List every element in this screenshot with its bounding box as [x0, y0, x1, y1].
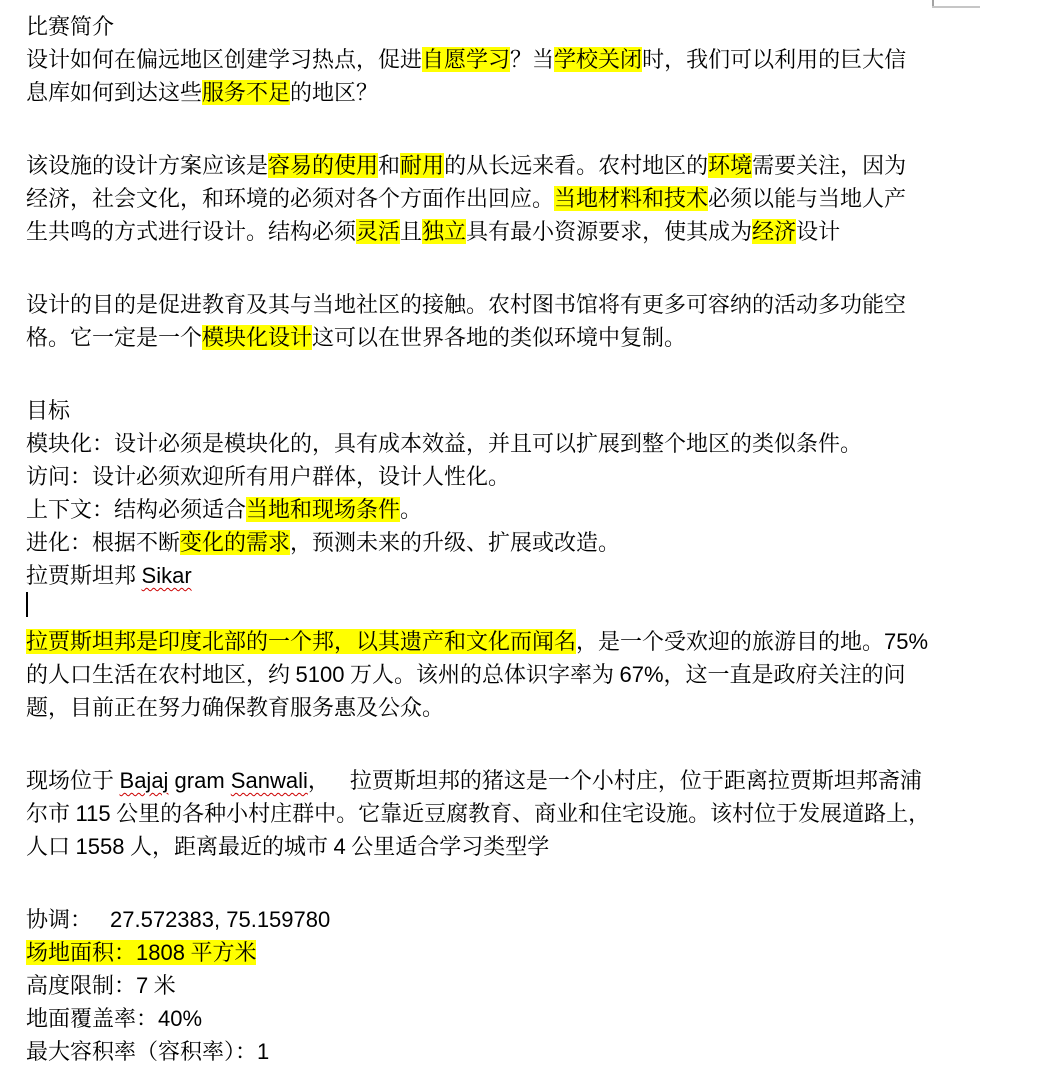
text-line: 最大容积率（容积率）：1 — [26, 1035, 1040, 1068]
paragraph-gap — [26, 354, 1040, 394]
text-line: 场地面积：1808 平方米 — [26, 936, 1040, 969]
text-run: 设计如何在偏远地区创建学习热点，促进 — [26, 47, 422, 72]
text-line: 地面覆盖率：40% — [26, 1002, 1040, 1035]
text-run: 的人口生活在农村地区，约 — [26, 662, 296, 687]
document-page[interactable]: 比赛简介设计如何在偏远地区创建学习热点，促进自愿学习？当学校关闭时，我们可以利用… — [0, 0, 1060, 1068]
text-run: 4 — [333, 834, 345, 859]
text-run: 现场位于 — [26, 768, 120, 793]
text-line: 现场位于 Bajaj gram Sanwali，拉贾斯坦邦的猪这是一个小村庄，位… — [26, 764, 1040, 797]
highlighted-run: 服务不足 — [202, 80, 290, 105]
text-run: 经济，社会文化，和环境的必须对各个方面作出回应。 — [26, 186, 554, 211]
text-run: 1 — [257, 1039, 269, 1064]
text-run: 必须以能与当地人产 — [708, 186, 906, 211]
text-run: 具有最小资源要求，使其成为 — [466, 219, 752, 244]
text-line: 题，目前正在努力确保教育服务惠及公众。 — [26, 691, 1040, 724]
text-run: 万人。该州的总体识字率为 — [344, 662, 619, 687]
text-run: 协调： — [26, 907, 92, 932]
text-run: 高度限制： — [26, 973, 136, 998]
text-run: 设计的目的是促进教育及其与当地社区的接触。农村图书馆将有更多可容纳的活动多功能空 — [26, 292, 906, 317]
highlighted-run: 模块化设计 — [202, 325, 312, 350]
paragraph-gap — [26, 724, 1040, 764]
text-line: 该设施的设计方案应该是容易的使用和耐用的从长远来看。农村地区的环境需要关注，因为 — [26, 149, 1040, 182]
text-line: 拉贾斯坦邦是印度北部的一个邦，以其遗产和文化而闻名，是一个受欢迎的旅游目的地。7… — [26, 625, 1040, 658]
text-line: 设计如何在偏远地区创建学习热点，促进自愿学习？当学校关闭时，我们可以利用的巨大信 — [26, 43, 1040, 76]
misspelled-run: Sanwali — [231, 768, 308, 793]
text-line: 协调：27.572383, 75.159780 — [26, 903, 1040, 936]
text-run: 拉贾斯坦邦的猪这是一个小村庄，位于距离拉贾斯坦邦斋浦 — [350, 768, 922, 793]
text-run: 5100 — [296, 662, 345, 687]
text-run: 且 — [400, 219, 422, 244]
text-run: ，是一个受欢迎的旅游目的地。 — [576, 629, 884, 654]
text-run: 75% — [884, 629, 928, 654]
paragraph: 目标模块化：设计必须是模块化的，具有成本效益，并且可以扩展到整个地区的类似条件。… — [26, 394, 1040, 625]
text-run: 人，距离最近的城市 — [124, 834, 333, 859]
text-line: 设计的目的是促进教育及其与当地社区的接触。农村图书馆将有更多可容纳的活动多功能空 — [26, 288, 1040, 321]
paragraph-gap — [26, 109, 1040, 149]
text-line: 的人口生活在农村地区，约 5100 万人。该州的总体识字率为 67%，这一直是政… — [26, 658, 1040, 691]
text-line: 比赛简介 — [26, 10, 1040, 43]
text-run: 7 — [136, 973, 148, 998]
paragraph: 该设施的设计方案应该是容易的使用和耐用的从长远来看。农村地区的环境需要关注，因为… — [26, 149, 1040, 248]
text-run: 公里的各种小村庄群中。它靠近豆腐教育、商业和住宅设施。该村位于发展道路上， — [111, 801, 931, 826]
text-run: ，这一直是政府关注的问 — [664, 662, 906, 687]
highlighted-run: 平方米 — [185, 940, 257, 965]
highlighted-run: 变化的需求 — [180, 530, 290, 555]
text-run: 目标 — [26, 398, 70, 423]
text-line: 访问：设计必须欢迎所有用户群体，设计人性化。 — [26, 460, 1040, 493]
text-line: 生共鸣的方式进行设计。结构必须灵活且独立具有最小资源要求，使其成为经济设计 — [26, 215, 1040, 248]
text-line: 息库如何到达这些服务不足的地区？ — [26, 76, 1040, 109]
text-run: 比赛简介 — [26, 14, 114, 39]
text-run: gram — [168, 768, 230, 793]
highlighted-run: 当地材料和技术 — [554, 186, 708, 211]
text-line: 目标 — [26, 394, 1040, 427]
text-run: 人口 — [26, 834, 76, 859]
highlighted-run: 独立 — [422, 219, 466, 244]
highlighted-run: 1808 — [136, 940, 185, 965]
text-run: 拉贾斯坦邦 — [26, 563, 142, 588]
text-run: 40% — [158, 1006, 202, 1031]
highlighted-run: 自愿学习 — [422, 47, 510, 72]
text-line: 拉贾斯坦邦 Sikar — [26, 559, 1040, 592]
highlighted-run: 容易的使用 — [268, 153, 378, 178]
highlighted-run: 耐用 — [400, 153, 444, 178]
text-run: 格。它一定是一个 — [26, 325, 202, 350]
text-run: 这可以在世界各地的类似环境中复制。 — [312, 325, 686, 350]
text-run: 访问：设计必须欢迎所有用户群体，设计人性化。 — [26, 464, 510, 489]
text-run: 的从长远来看。农村地区的 — [444, 153, 708, 178]
text-line: 经济，社会文化，和环境的必须对各个方面作出回应。当地材料和技术必须以能与当地人产 — [26, 182, 1040, 215]
paragraph: 设计如何在偏远地区创建学习热点，促进自愿学习？当学校关闭时，我们可以利用的巨大信… — [26, 43, 1040, 109]
highlighted-run: 学校关闭 — [554, 47, 642, 72]
text-run: 该设施的设计方案应该是 — [26, 153, 268, 178]
highlighted-run: 场地面积： — [26, 940, 136, 965]
paragraph: 比赛简介 — [26, 10, 1040, 43]
paragraph-gap — [26, 863, 1040, 903]
text-cursor — [26, 592, 28, 617]
text-line: 尔市 115 公里的各种小村庄群中。它靠近豆腐教育、商业和住宅设施。该村位于发展… — [26, 797, 1040, 830]
text-run: 最大容积率（容积率）： — [26, 1039, 257, 1064]
highlighted-run: 灵活 — [356, 219, 400, 244]
text-run: 1558 — [76, 834, 125, 859]
text-run: 时，我们可以利用的巨大信 — [642, 47, 906, 72]
paragraph: 拉贾斯坦邦是印度北部的一个邦，以其遗产和文化而闻名，是一个受欢迎的旅游目的地。7… — [26, 625, 1040, 724]
text-run: 和 — [378, 153, 400, 178]
text-line: 人口 1558 人，距离最近的城市 4 公里适合学习类型学 — [26, 830, 1040, 863]
text-run: 67% — [619, 662, 663, 687]
text-line: 模块化：设计必须是模块化的，具有成本效益，并且可以扩展到整个地区的类似条件。 — [26, 427, 1040, 460]
text-run: ， — [308, 768, 330, 793]
text-run: 尔市 — [26, 801, 76, 826]
text-run: 。 — [400, 497, 422, 522]
highlighted-run: 拉贾斯坦邦是印度北部的一个邦，以其遗产和文化而闻名 — [26, 629, 576, 654]
misspelled-run: Bajaj — [120, 768, 169, 793]
text-line: 高度限制：7 米 — [26, 969, 1040, 1002]
text-run: 27.572383, 75.159780 — [110, 907, 330, 932]
paragraph: 设计的目的是促进教育及其与当地社区的接触。农村图书馆将有更多可容纳的活动多功能空… — [26, 288, 1040, 354]
misspelled-run: Sikar — [142, 563, 192, 588]
paragraph: 协调：27.572383, 75.159780场地面积：1808 平方米高度限制… — [26, 903, 1040, 1068]
text-line — [26, 592, 1040, 625]
text-run: 地面覆盖率： — [26, 1006, 158, 1031]
text-run: ，预测未来的升级、扩展或改造。 — [290, 530, 620, 555]
text-line: 上下文：结构必须适合当地和现场条件。 — [26, 493, 1040, 526]
text-run: 息库如何到达这些 — [26, 80, 202, 105]
highlighted-run: 环境 — [708, 153, 752, 178]
text-run: 进化：根据不断 — [26, 530, 180, 555]
paragraph-gap — [26, 248, 1040, 288]
text-line: 进化：根据不断变化的需求，预测未来的升级、扩展或改造。 — [26, 526, 1040, 559]
highlighted-run: 经济 — [752, 219, 796, 244]
text-run: 米 — [148, 973, 176, 998]
text-run: ？当 — [510, 47, 554, 72]
text-run: 上下文：结构必须适合 — [26, 497, 246, 522]
text-run: 需要关注，因为 — [752, 153, 906, 178]
text-run: 115 — [76, 801, 111, 826]
paragraph: 现场位于 Bajaj gram Sanwali，拉贾斯坦邦的猪这是一个小村庄，位… — [26, 764, 1040, 863]
text-run: 的地区？ — [290, 80, 378, 105]
text-run: 题，目前正在努力确保教育服务惠及公众。 — [26, 695, 444, 720]
text-run: 生共鸣的方式进行设计。结构必须 — [26, 219, 356, 244]
highlighted-run: 当地和现场条件 — [246, 497, 400, 522]
text-run: 公里适合学习类型学 — [346, 834, 550, 859]
text-run: 设计 — [796, 219, 840, 244]
text-line: 格。它一定是一个模块化设计这可以在世界各地的类似环境中复制。 — [26, 321, 1040, 354]
text-run: 模块化：设计必须是模块化的，具有成本效益，并且可以扩展到整个地区的类似条件。 — [26, 431, 862, 456]
